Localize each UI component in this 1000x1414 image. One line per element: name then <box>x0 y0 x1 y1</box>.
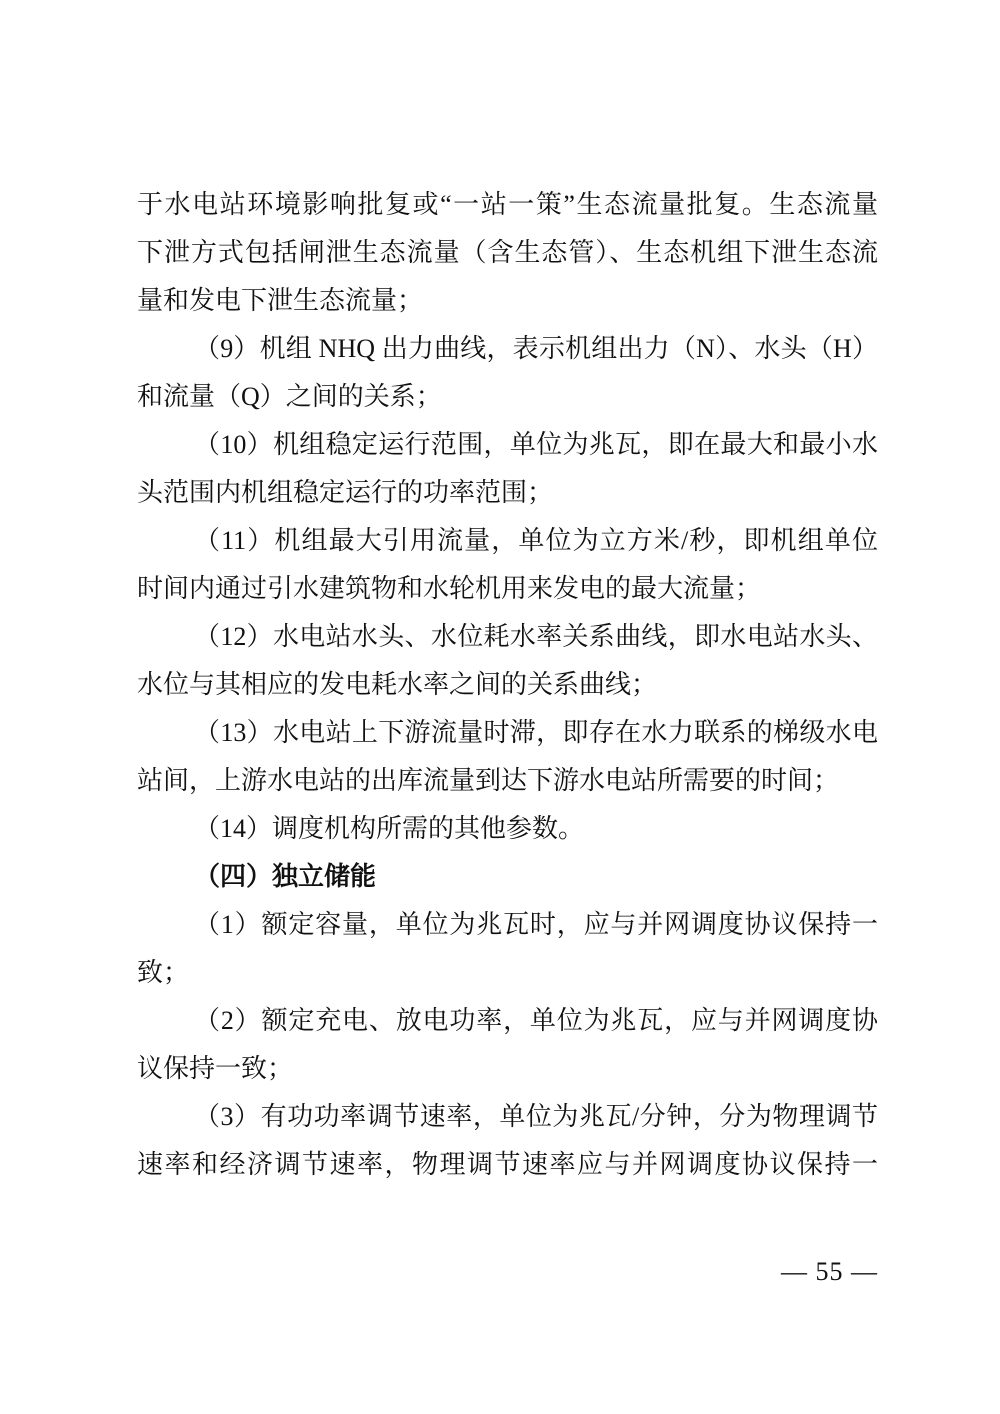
document-body: 于水电站环境影响批复或“一站一策”生态流量批复。生态流量下泄方式包括闸泄生态流量… <box>137 181 878 1189</box>
text-line: 下泄方式包括闸泄生态流量（含生态管）、生态机组下泄生态流 <box>137 229 878 277</box>
text-line: 速率和经济调节速率，物理调节速率应与并网调度协议保持一 <box>137 1141 878 1189</box>
text-line: （11）机组最大引用流量，单位为立方米/秒，即机组单位 <box>137 517 878 565</box>
text-line: 和流量（Q）之间的关系； <box>137 373 878 421</box>
text-line: 头范围内机组稳定运行的功率范围； <box>137 469 878 517</box>
text-line: 站间，上游水电站的出库流量到达下游水电站所需要的时间； <box>137 757 878 805</box>
text-line: （12）水电站水头、水位耗水率关系曲线，即水电站水头、 <box>137 613 878 661</box>
document-page: 于水电站环境影响批复或“一站一策”生态流量批复。生态流量下泄方式包括闸泄生态流量… <box>0 0 1000 1414</box>
text-line: （14）调度机构所需的其他参数。 <box>137 805 878 853</box>
text-line: 量和发电下泄生态流量； <box>137 277 878 325</box>
text-line: （9）机组 NHQ 出力曲线，表示机组出力（N）、水头（H） <box>137 325 878 373</box>
text-line: （10）机组稳定运行范围，单位为兆瓦，即在最大和最小水 <box>137 421 878 469</box>
text-line: 议保持一致； <box>137 1045 878 1093</box>
text-line: 时间内通过引水建筑物和水轮机用来发电的最大流量； <box>137 565 878 613</box>
text-line: 水位与其相应的发电耗水率之间的关系曲线； <box>137 661 878 709</box>
text-line: （1）额定容量，单位为兆瓦时，应与并网调度协议保持一 <box>137 901 878 949</box>
text-line: （四）独立储能 <box>137 853 878 901</box>
text-line: （3）有功功率调节速率，单位为兆瓦/分钟，分为物理调节 <box>137 1093 878 1141</box>
text-line: （2）额定充电、放电功率，单位为兆瓦，应与并网调度协 <box>137 997 878 1045</box>
text-line: 致； <box>137 949 878 997</box>
text-line: （13）水电站上下游流量时滞，即存在水力联系的梯级水电 <box>137 709 878 757</box>
page-number: — 55 — <box>781 1252 878 1292</box>
text-line: 于水电站环境影响批复或“一站一策”生态流量批复。生态流量 <box>137 181 878 229</box>
